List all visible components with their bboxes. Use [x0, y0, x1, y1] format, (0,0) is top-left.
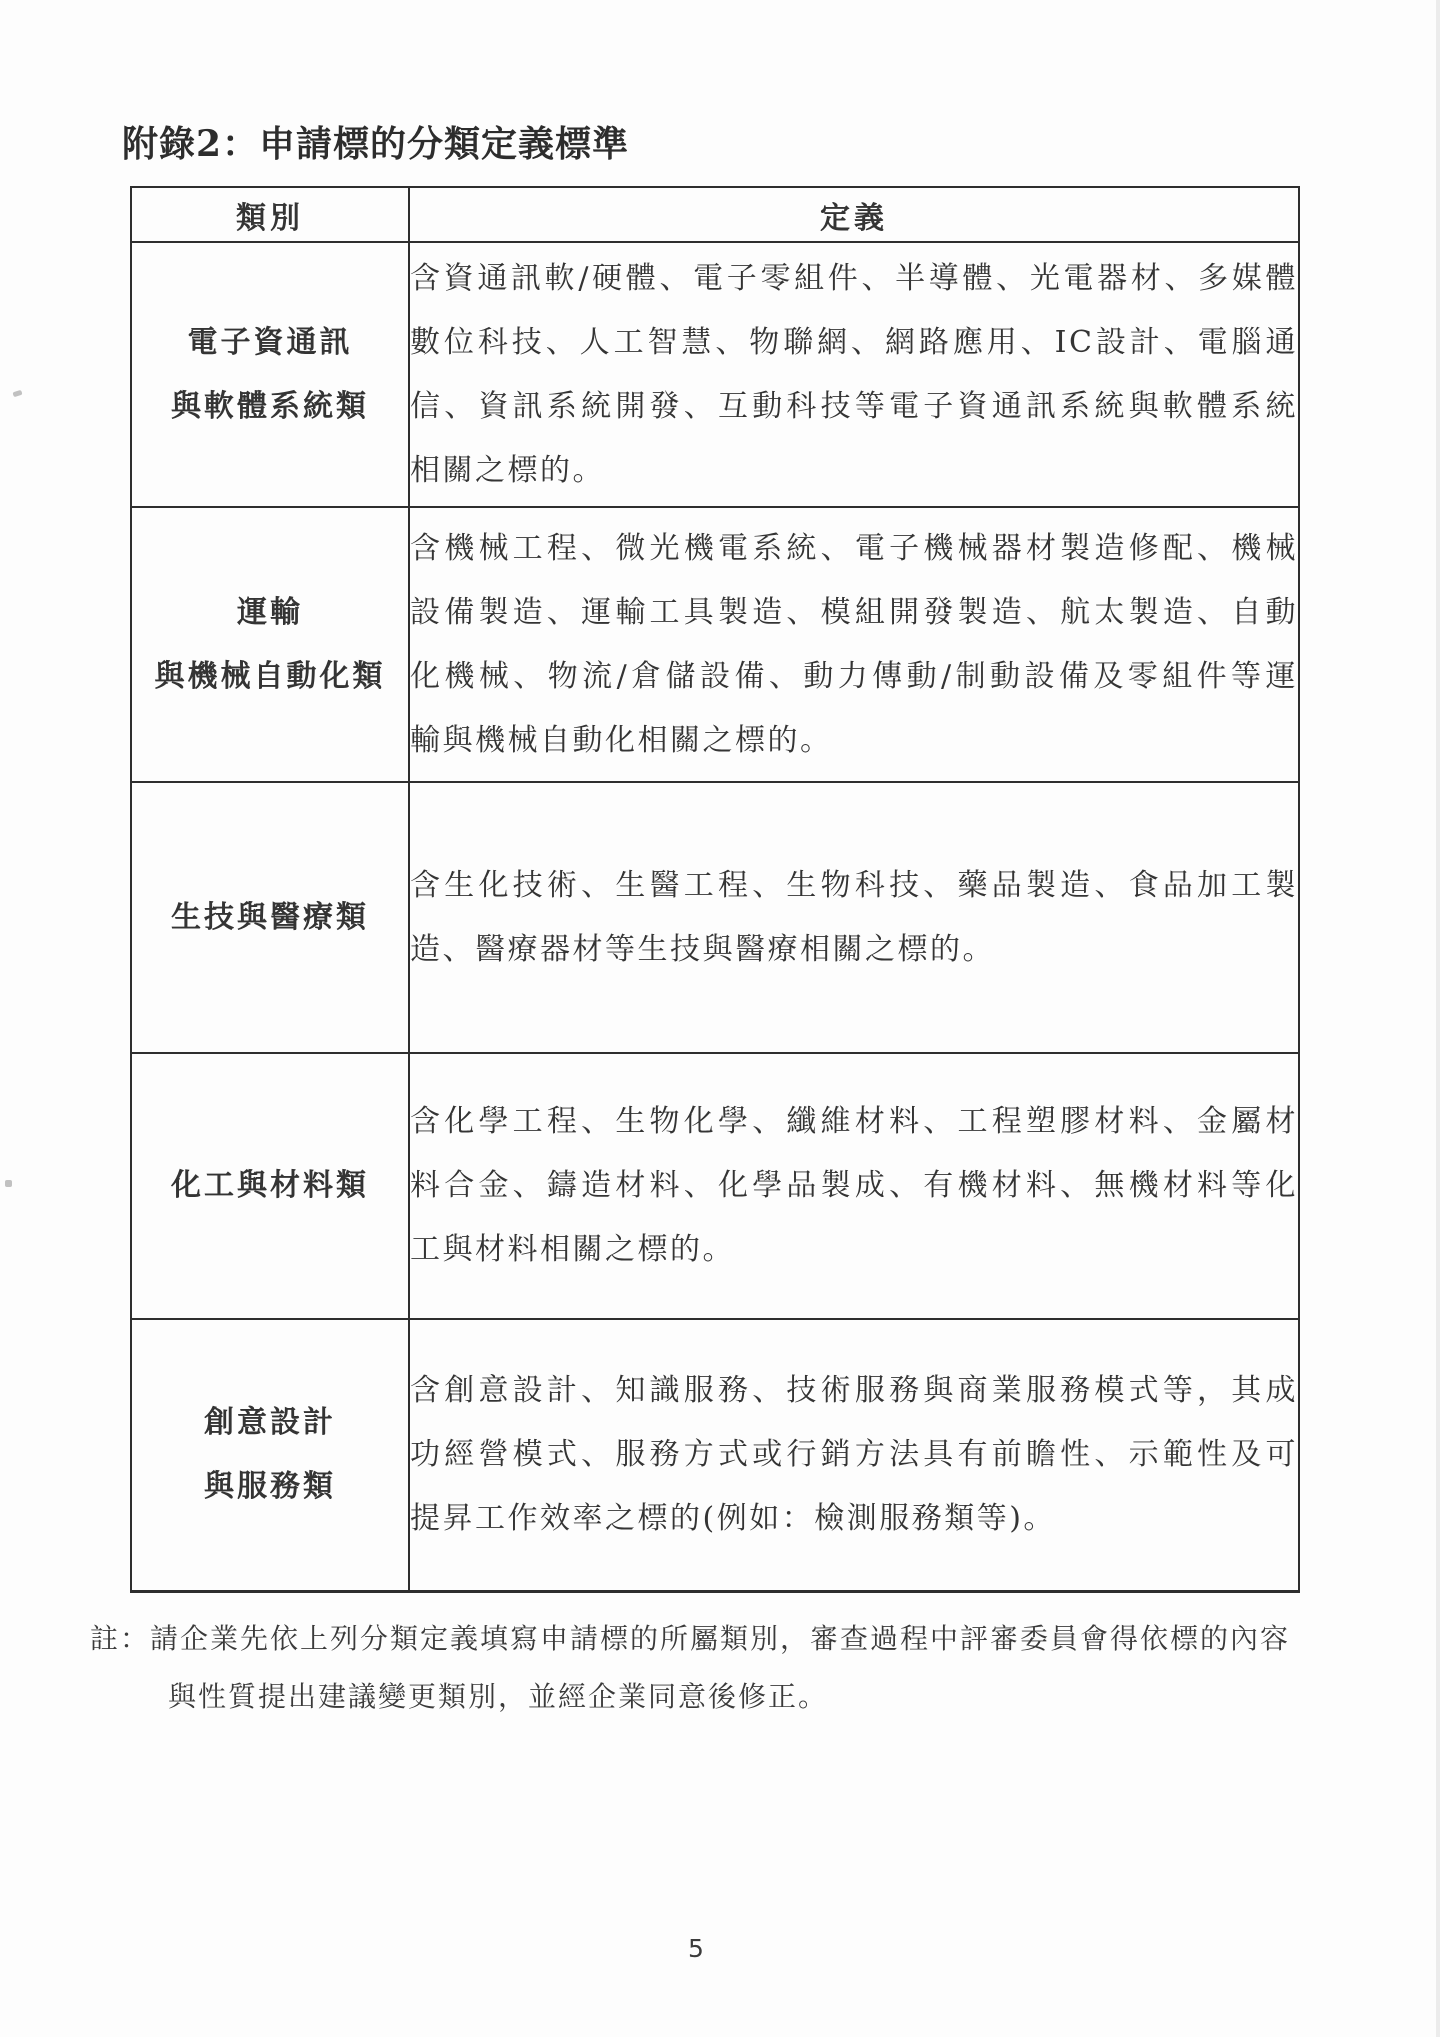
table-row: 創意設計 與服務類 含創意設計、知識服務、技術服務與商業服務模式等，其成 功經營… [131, 1319, 1299, 1592]
category-cell: 電子資通訊 與軟體系統類 [131, 242, 409, 507]
note-line-1: 註：請企業先依上列分類定義填寫申請標的所屬類別，審查過程中評審委員會得依標的內容 [90, 1617, 1290, 1657]
definition-cell: 含資通訊軟/硬體、電子零組件、半導體、光電器材、多媒體 數位科技、人工智慧、物聯… [409, 242, 1299, 507]
header-definition: 定義 [409, 187, 1299, 242]
table-row: 生技與醫療類 含生化技術、生醫工程、生物科技、藥品製造、食品加工製 造、醫療器材… [131, 782, 1299, 1053]
category-line: 生技與醫療類 [132, 886, 408, 950]
definition-line: 化機械、物流/倉儲設備、動力傳動/制動設備及零組件等運 [410, 645, 1298, 709]
definition-cell: 含生化技術、生醫工程、生物科技、藥品製造、食品加工製 造、醫療器材等生技與醫療相… [409, 782, 1299, 1053]
note-line-2: 與性質提出建議變更類別，並經企業同意後修正。 [168, 1675, 828, 1715]
category-line: 與機械自動化類 [132, 645, 408, 709]
definition-line: 工與材料相關之標的。 [410, 1218, 1298, 1282]
definition-line: 相關之標的。 [410, 439, 1298, 503]
definition-line: 設備製造、運輸工具製造、模組開發製造、航太製造、自動 [410, 581, 1298, 645]
definition-line: 含化學工程、生物化學、纖維材料、工程塑膠材料、金屬材 [410, 1090, 1298, 1154]
definition-line: 數位科技、人工智慧、物聯網、網路應用、IC設計、電腦通 [410, 311, 1298, 375]
definition-line: 含資通訊軟/硬體、電子零組件、半導體、光電器材、多媒體 [410, 247, 1298, 311]
category-line: 與軟體系統類 [132, 375, 408, 439]
definition-line: 含生化技術、生醫工程、生物科技、藥品製造、食品加工製 [410, 854, 1298, 918]
definition-line: 造、醫療器材等生技與醫療相關之標的。 [410, 918, 1298, 982]
definition-line: 含創意設計、知識服務、技術服務與商業服務模式等，其成 [410, 1359, 1298, 1423]
category-line: 化工與材料類 [132, 1154, 408, 1218]
table-header-row: 類別 定義 [131, 187, 1299, 242]
category-cell: 化工與材料類 [131, 1053, 409, 1319]
table-row: 化工與材料類 含化學工程、生物化學、纖維材料、工程塑膠材料、金屬材 料合金、鑄造… [131, 1053, 1299, 1319]
category-cell: 運輸 與機械自動化類 [131, 507, 409, 782]
table-row: 運輸 與機械自動化類 含機械工程、微光機電系統、電子機械器材製造修配、機械 設備… [131, 507, 1299, 782]
definition-line: 含機械工程、微光機電系統、電子機械器材製造修配、機械 [410, 517, 1298, 581]
table-row: 電子資通訊 與軟體系統類 含資通訊軟/硬體、電子零組件、半導體、光電器材、多媒體… [131, 242, 1299, 507]
scan-speck [12, 390, 22, 398]
definition-line: 輸與機械自動化相關之標的。 [410, 709, 1298, 773]
definition-cell: 含創意設計、知識服務、技術服務與商業服務模式等，其成 功經營模式、服務方式或行銷… [409, 1319, 1299, 1592]
definition-line: 信、資訊系統開發、互動科技等電子資通訊系統與軟體系統 [410, 375, 1298, 439]
category-cell: 創意設計 與服務類 [131, 1319, 409, 1592]
definition-line: 提昇工作效率之標的(例如：檢測服務類等)。 [410, 1487, 1298, 1551]
definition-cell: 含機械工程、微光機電系統、電子機械器材製造修配、機械 設備製造、運輸工具製造、模… [409, 507, 1299, 782]
scan-edge-shade [1436, 0, 1440, 2037]
header-category: 類別 [131, 187, 409, 242]
category-line: 運輸 [132, 581, 408, 645]
category-line: 電子資通訊 [132, 311, 408, 375]
definition-line: 功經營模式、服務方式或行銷方法具有前瞻性、示範性及可 [410, 1423, 1298, 1487]
definition-line: 料合金、鑄造材料、化學品製成、有機材料、無機材料等化 [410, 1154, 1298, 1218]
page-title: 附錄2：申請標的分類定義標準 [122, 116, 629, 167]
scan-speck [5, 1180, 12, 1187]
category-line: 創意設計 [132, 1391, 408, 1455]
page-number: 5 [676, 1934, 716, 1963]
definition-cell: 含化學工程、生物化學、纖維材料、工程塑膠材料、金屬材 料合金、鑄造材料、化學品製… [409, 1053, 1299, 1319]
classification-table: 類別 定義 電子資通訊 與軟體系統類 含資通訊軟/硬體、電子零組件、半導體、光電… [130, 186, 1300, 1593]
category-cell: 生技與醫療類 [131, 782, 409, 1053]
category-line: 與服務類 [132, 1455, 408, 1519]
